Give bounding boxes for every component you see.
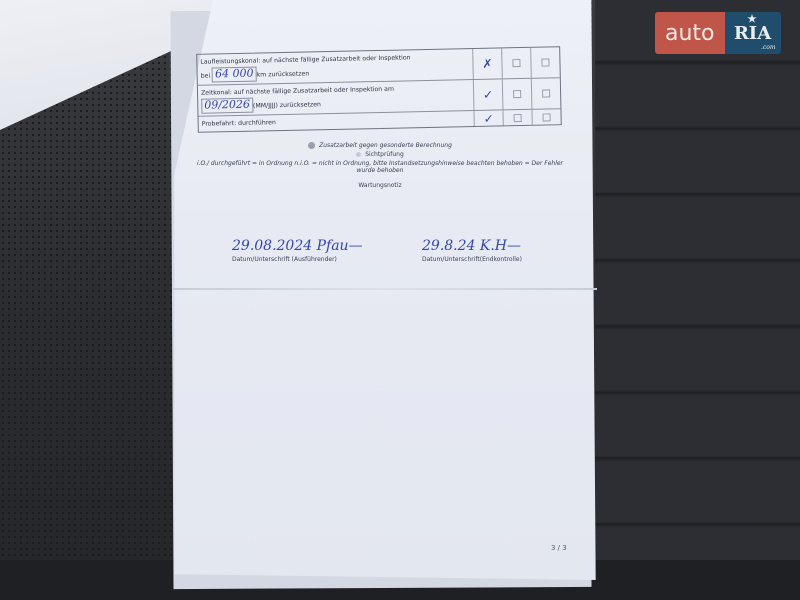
check-cell [530, 47, 560, 78]
signature-handwritten: 29.08.2024 Pfau— [232, 238, 363, 254]
checkbox-icon [513, 90, 521, 98]
checkbox-icon [541, 58, 549, 66]
checkbox-icon [514, 114, 522, 122]
watermark-ria: ★ RIA .com [725, 12, 781, 54]
watermark-com: .com [761, 44, 776, 51]
signature-label: Datum/Unterschrift (Ausführender) [232, 256, 337, 263]
check-cell: ✓ [473, 110, 502, 126]
autoria-watermark: auto ★ RIA .com [655, 12, 781, 54]
handwritten-field: 09/2026 [201, 98, 253, 114]
star-icon: ★ [748, 14, 757, 25]
check-cell [531, 78, 561, 109]
paper-fold [172, 288, 597, 290]
signature-handwritten: 29.8.24 K.H— [422, 238, 522, 254]
page-number: 3 / 3 [551, 544, 567, 552]
visual-check-dot-icon [356, 152, 361, 157]
row-label: Zeitkonal: auf nächste fällige Zusatzarb… [201, 86, 394, 97]
seat-panel [595, 0, 800, 600]
handwritten-mileage: 64 000 [215, 67, 254, 81]
legend-maintenance-note: Wartungsnotiz [195, 182, 565, 189]
check-cell [531, 109, 560, 125]
legend-extra-work: Zusatzarbeit gegen gesonderte Berechnung [319, 142, 452, 149]
check-mark-icon: ✓ [483, 111, 493, 125]
checkbox-icon [543, 113, 551, 121]
service-form-table: Laufleistungskonal: auf nächste fällige … [196, 46, 562, 133]
handwritten-date: 09/2026 [204, 98, 250, 112]
check-mark-icon: ✓ [483, 88, 493, 102]
check-cell [501, 48, 531, 79]
watermark-ria-text: RIA [734, 23, 771, 44]
row-label: Probefahrt: durchführen [202, 119, 276, 128]
check-cell: ✗ [472, 48, 502, 79]
row-label: Laufleistungskonal: auf nächste fällige … [200, 54, 410, 65]
check-cell: ✓ [473, 79, 503, 110]
checkbox-icon [512, 59, 520, 67]
check-cell [502, 110, 531, 126]
row-suffix: km zurücksetzen [257, 70, 310, 78]
legend-explanation: i.O./ durchgeführt = in Ordnung n.i.O. =… [195, 160, 565, 174]
signature-label: Datum/Unterschrift(Endkontrolle) [422, 256, 522, 263]
row-prefix: bei [201, 73, 211, 80]
signature-final-check: 29.8.24 K.H— Datum/Unterschrift(Endkontr… [422, 238, 522, 263]
checkbox-icon [542, 89, 550, 97]
signature-executor: 29.08.2024 Pfau— Datum/Unterschrift (Aus… [232, 238, 363, 263]
watermark-auto: auto [655, 12, 725, 54]
check-mark-icon: ✗ [482, 57, 492, 71]
legend-visual-check: Sichtprüfung [365, 151, 404, 158]
legend: Zusatzarbeit gegen gesonderte Berechnung… [195, 140, 565, 191]
handwritten-field: 64 000 [212, 67, 257, 83]
row-suffix: (MM/JJJJ) zurücksetzen [253, 101, 321, 109]
check-cell [502, 79, 532, 110]
extra-work-dot-icon [308, 142, 315, 149]
